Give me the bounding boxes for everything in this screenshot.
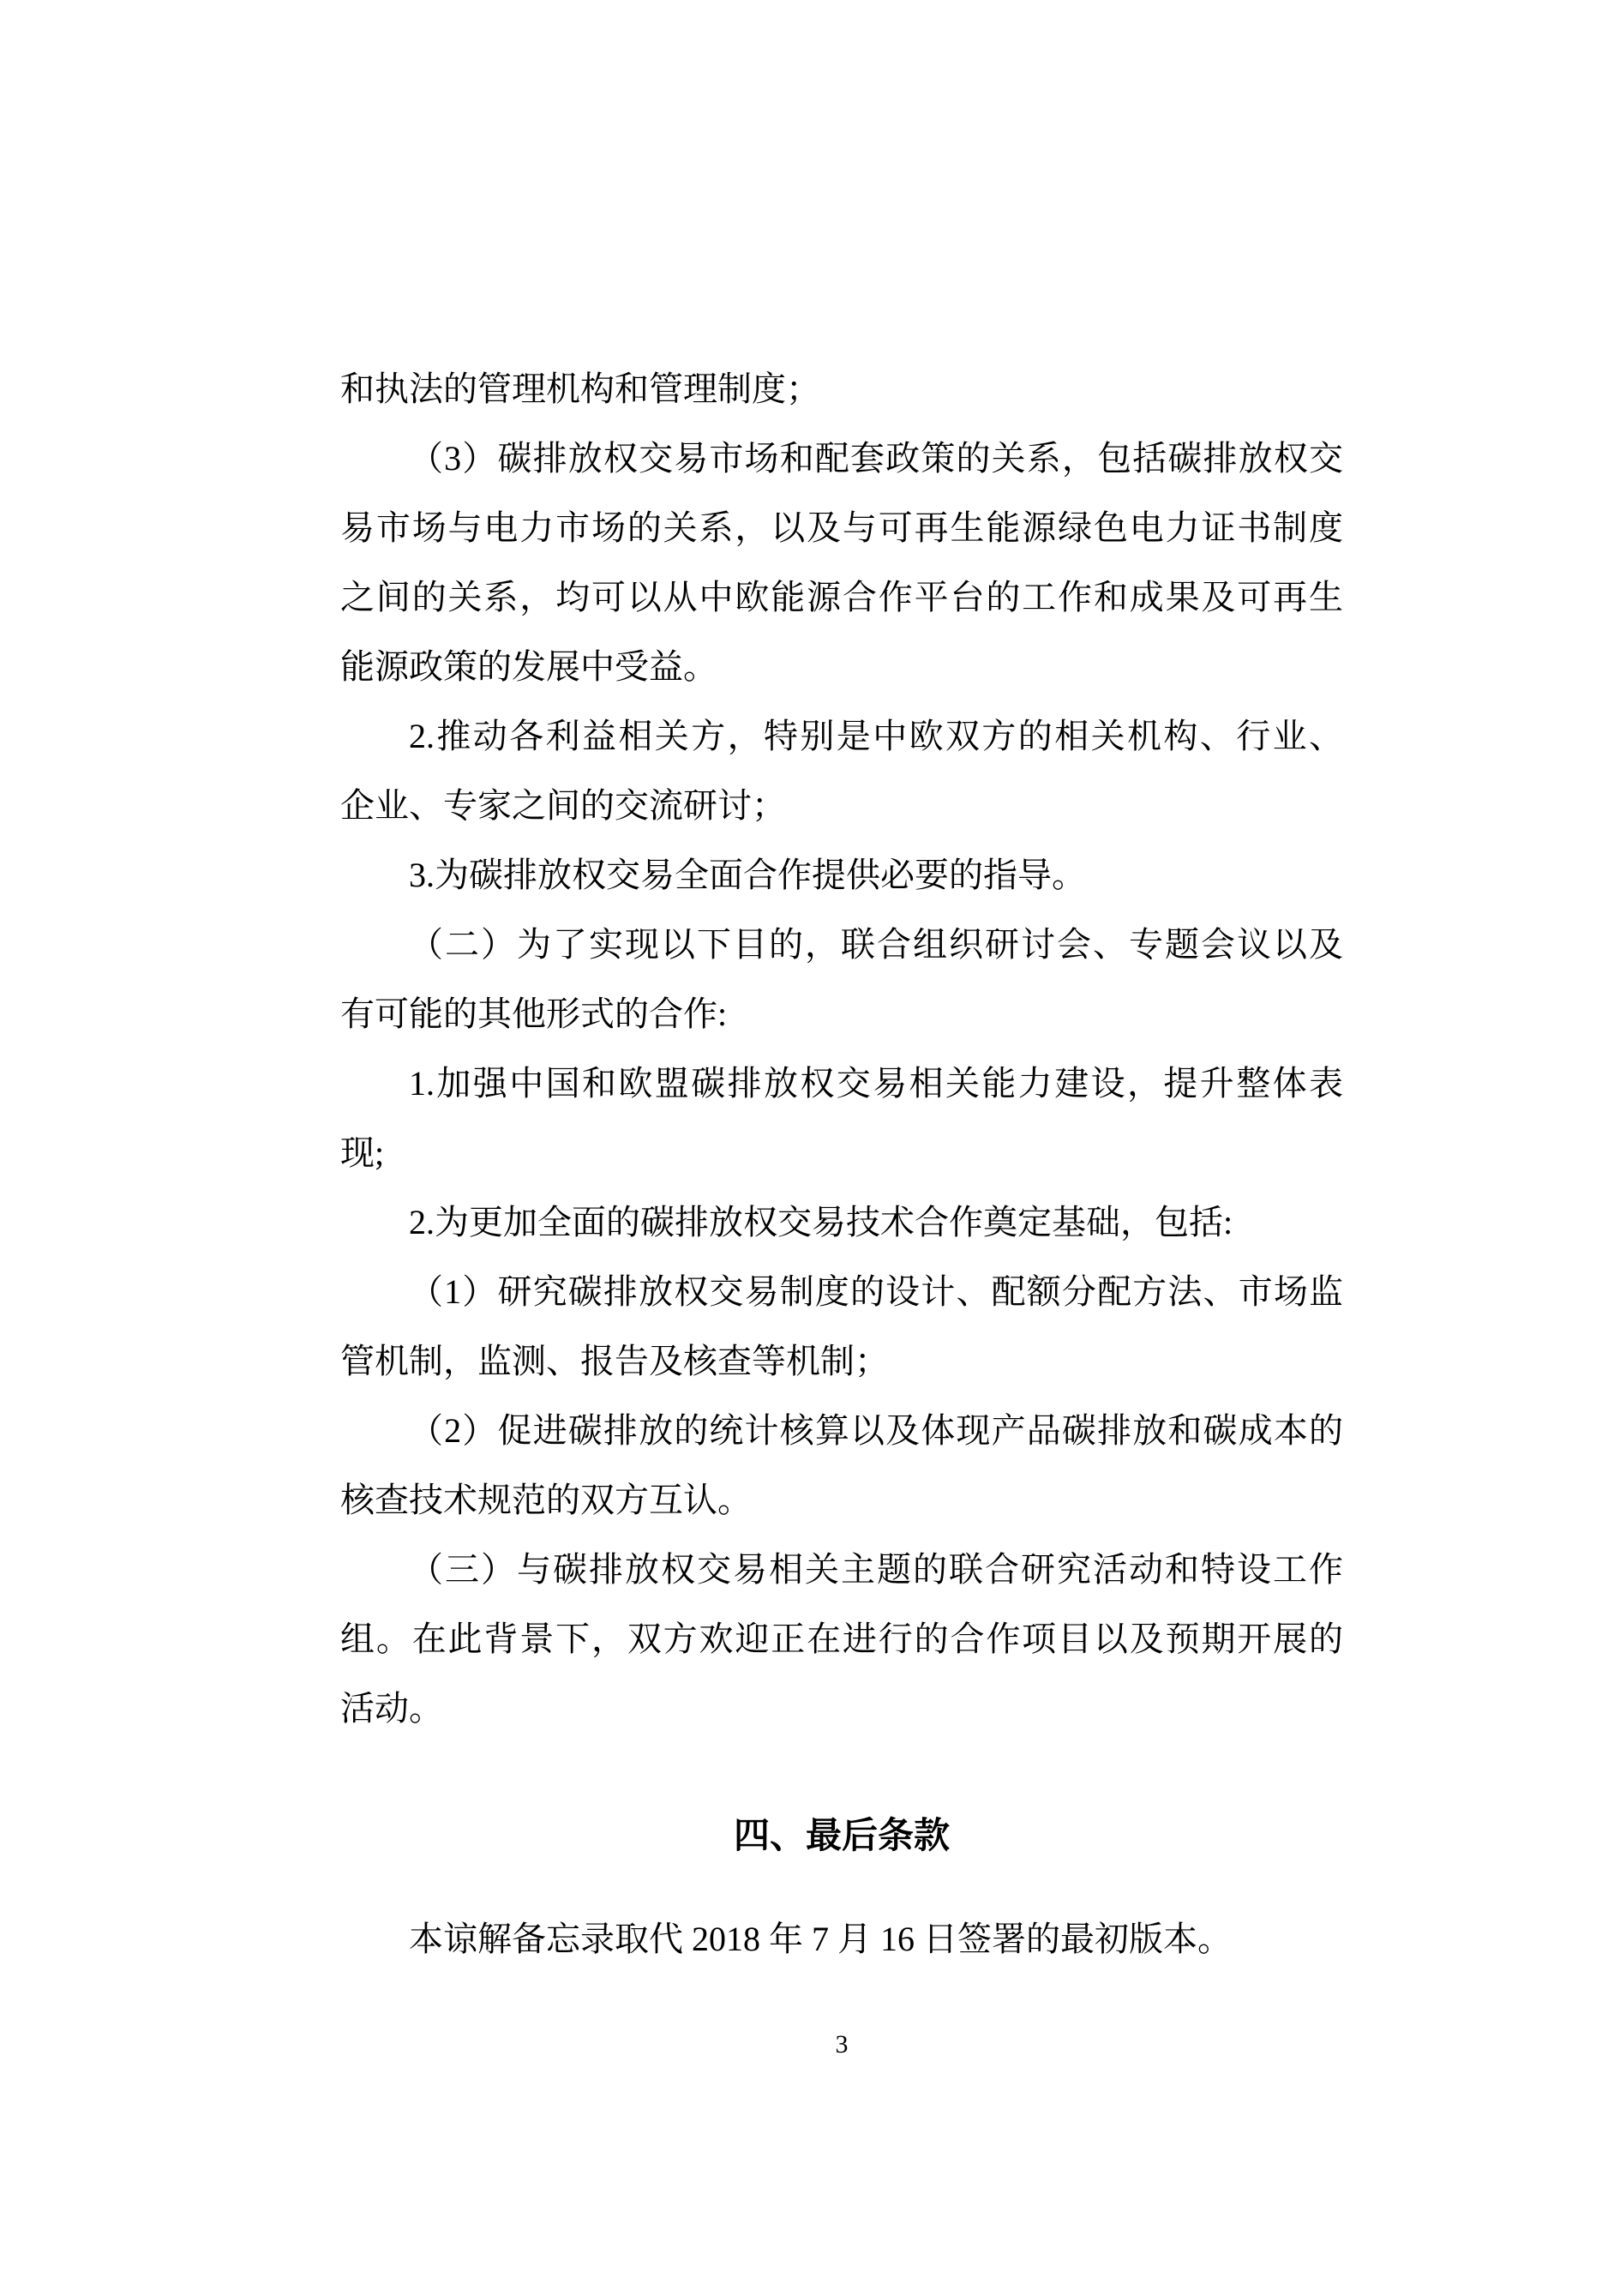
page-number: 3 <box>340 2032 1343 2058</box>
body-line: （三）与碳排放权交易相关主题的联合研究活动和特设工作 <box>340 1535 1343 1604</box>
body-line: 核查技术规范的双方互认。 <box>340 1465 1343 1535</box>
body-line: （1）研究碳排放权交易制度的设计、配额分配方法、市场监 <box>340 1257 1343 1326</box>
body-text-block: 和执法的管理机构和管理制度；（3）碳排放权交易市场和配套政策的关系，包括碳排放权… <box>340 354 1343 1743</box>
body-line: 之间的关系，均可以从中欧能源合作平台的工作和成果及可再生 <box>340 562 1343 632</box>
body-line: 1.加强中国和欧盟碳排放权交易相关能力建设，提升整体表 <box>340 1049 1343 1118</box>
closing-line: 本谅解备忘录取代 2018 年 7 月 16 日签署的最初版本。 <box>340 1904 1343 1974</box>
section-heading: 四、最后条款 <box>340 1800 1343 1870</box>
body-line: 管机制，监测、报告及核查等机制； <box>340 1326 1343 1396</box>
body-line: 2.为更加全面的碳排放权交易技术合作奠定基础，包括: <box>340 1187 1343 1257</box>
body-line: （二）为了实现以下目的，联合组织研讨会、专题会议以及 <box>340 910 1343 979</box>
body-line: 企业、专家之间的交流研讨； <box>340 771 1343 840</box>
body-line: （3）碳排放权交易市场和配套政策的关系，包括碳排放权交 <box>340 424 1343 493</box>
body-line: （2）促进碳排放的统计核算以及体现产品碳排放和碳成本的 <box>340 1396 1343 1465</box>
body-line: 现; <box>340 1118 1343 1187</box>
body-line: 2.推动各利益相关方，特别是中欧双方的相关机构、行业、 <box>340 701 1343 771</box>
body-line: 3.为碳排放权交易全面合作提供必要的指导。 <box>340 840 1343 910</box>
body-line: 组。在此背景下，双方欢迎正在进行的合作项目以及预期开展的 <box>340 1604 1343 1674</box>
body-line: 能源政策的发展中受益。 <box>340 632 1343 701</box>
document-page: 和执法的管理机构和管理制度；（3）碳排放权交易市场和配套政策的关系，包括碳排放权… <box>0 0 1620 2296</box>
body-line: 和执法的管理机构和管理制度； <box>340 354 1343 424</box>
body-line: 有可能的其他形式的合作: <box>340 979 1343 1049</box>
body-line: 易市场与电力市场的关系，以及与可再生能源绿色电力证书制度 <box>340 493 1343 562</box>
body-line: 活动。 <box>340 1674 1343 1743</box>
document-content: 和执法的管理机构和管理制度；（3）碳排放权交易市场和配套政策的关系，包括碳排放权… <box>340 354 1343 1974</box>
